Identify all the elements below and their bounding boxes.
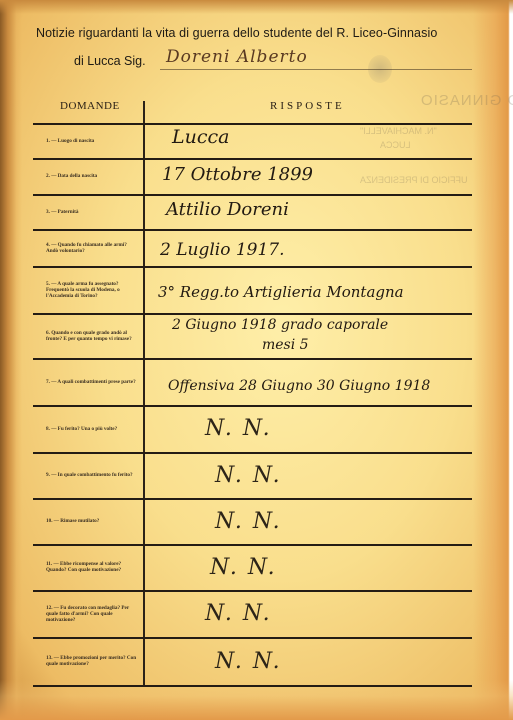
question-label: 12. — Fu decorato con medaglia? Per qual… [46,605,138,623]
question-label: 6. Quando e con quale grado andò al fron… [46,330,138,342]
table-rule-line [33,194,472,196]
table-rule-line [33,685,472,687]
table-rule-line [33,544,472,546]
question-label: 9. — In quale combattimento fu ferito? [46,472,138,478]
stamp-bleedthrough-4: UFFICIO DI PRESIDENZA [360,175,468,185]
question-label: 3. — Paternità [46,209,138,215]
paper-edge-top [0,0,513,14]
document-page: R. LICEO GINNASIO "N. MACHIAVELLI" LUCCA… [0,0,513,720]
document-title-line-2: di Lucca Sig. [74,54,146,68]
answer-handwritten: 3° Regg.to Artiglieria Montagna [158,283,404,301]
question-label: 2. — Data della nascita [46,173,138,179]
question-label: 1. — Luogo di nascita [46,138,138,144]
answer-handwritten: N. N. [215,509,282,534]
table-rule-line [33,405,472,407]
stamp-bleedthrough-3: LUCCA [380,140,411,150]
document-title: Notizie riguardanti la vita di guerra de… [36,26,437,40]
table-rule-line [33,637,472,639]
answer-handwritten-line-2: mesi 5 [262,337,309,353]
answer-handwritten: N. N. [205,416,272,441]
stamp-bleedthrough-1: R. LICEO GINNASIO [420,92,513,109]
table-rule-line [33,498,472,500]
answer-handwritten: Lucca [172,126,229,148]
column-header-questions: DOMANDE [60,100,120,112]
table-rule-line [33,313,472,315]
table-rule-line [33,158,472,160]
answer-handwritten: N. N. [205,601,272,626]
question-label: 5. — A quale arma fu assegnato? Frequent… [46,281,138,299]
student-name: Doreni Alberto [166,47,308,67]
answer-handwritten: N. N. [215,649,282,674]
table-rule-line [33,266,472,268]
answer-handwritten: 2 Giugno 1918 grado caporale [172,317,388,333]
answer-handwritten: Offensiva 28 Giugno 30 Giugno 1918 [168,378,430,394]
answer-handwritten: N. N. [215,463,282,488]
column-header-answers: RISPOSTE [270,100,345,112]
table-rule-line [33,123,472,125]
table-rule-line [33,358,472,360]
stamp-bleedthrough-2: "N. MACHIAVELLI" [360,126,437,136]
table-rule-line [33,229,472,231]
signature-line [160,69,472,70]
question-label: 8. — Fu ferito? Una o più volte? [46,426,138,432]
answer-handwritten: N. N. [210,555,277,580]
paper-edge-left [0,0,22,720]
answer-handwritten: Attilio Doreni [166,199,289,220]
answer-handwritten: 17 Ottobre 1899 [162,164,313,185]
table-rule-line [33,590,472,592]
question-label: 13. — Ebbe promozioni per merito? Con qu… [46,655,138,667]
question-label: 4. — Quando fu chiamato alle armi? Andò … [46,242,138,254]
answer-handwritten: 2 Luglio 1917. [160,240,285,260]
question-label: 10. — Rimase mutilato? [46,518,138,524]
question-label: 11. — Ebbe ricompense al valore? Quando?… [46,561,138,573]
column-divider [143,101,145,685]
table-rule-line [33,452,472,454]
question-label: 7. — A quali combattimenti prese parte? [46,379,138,385]
